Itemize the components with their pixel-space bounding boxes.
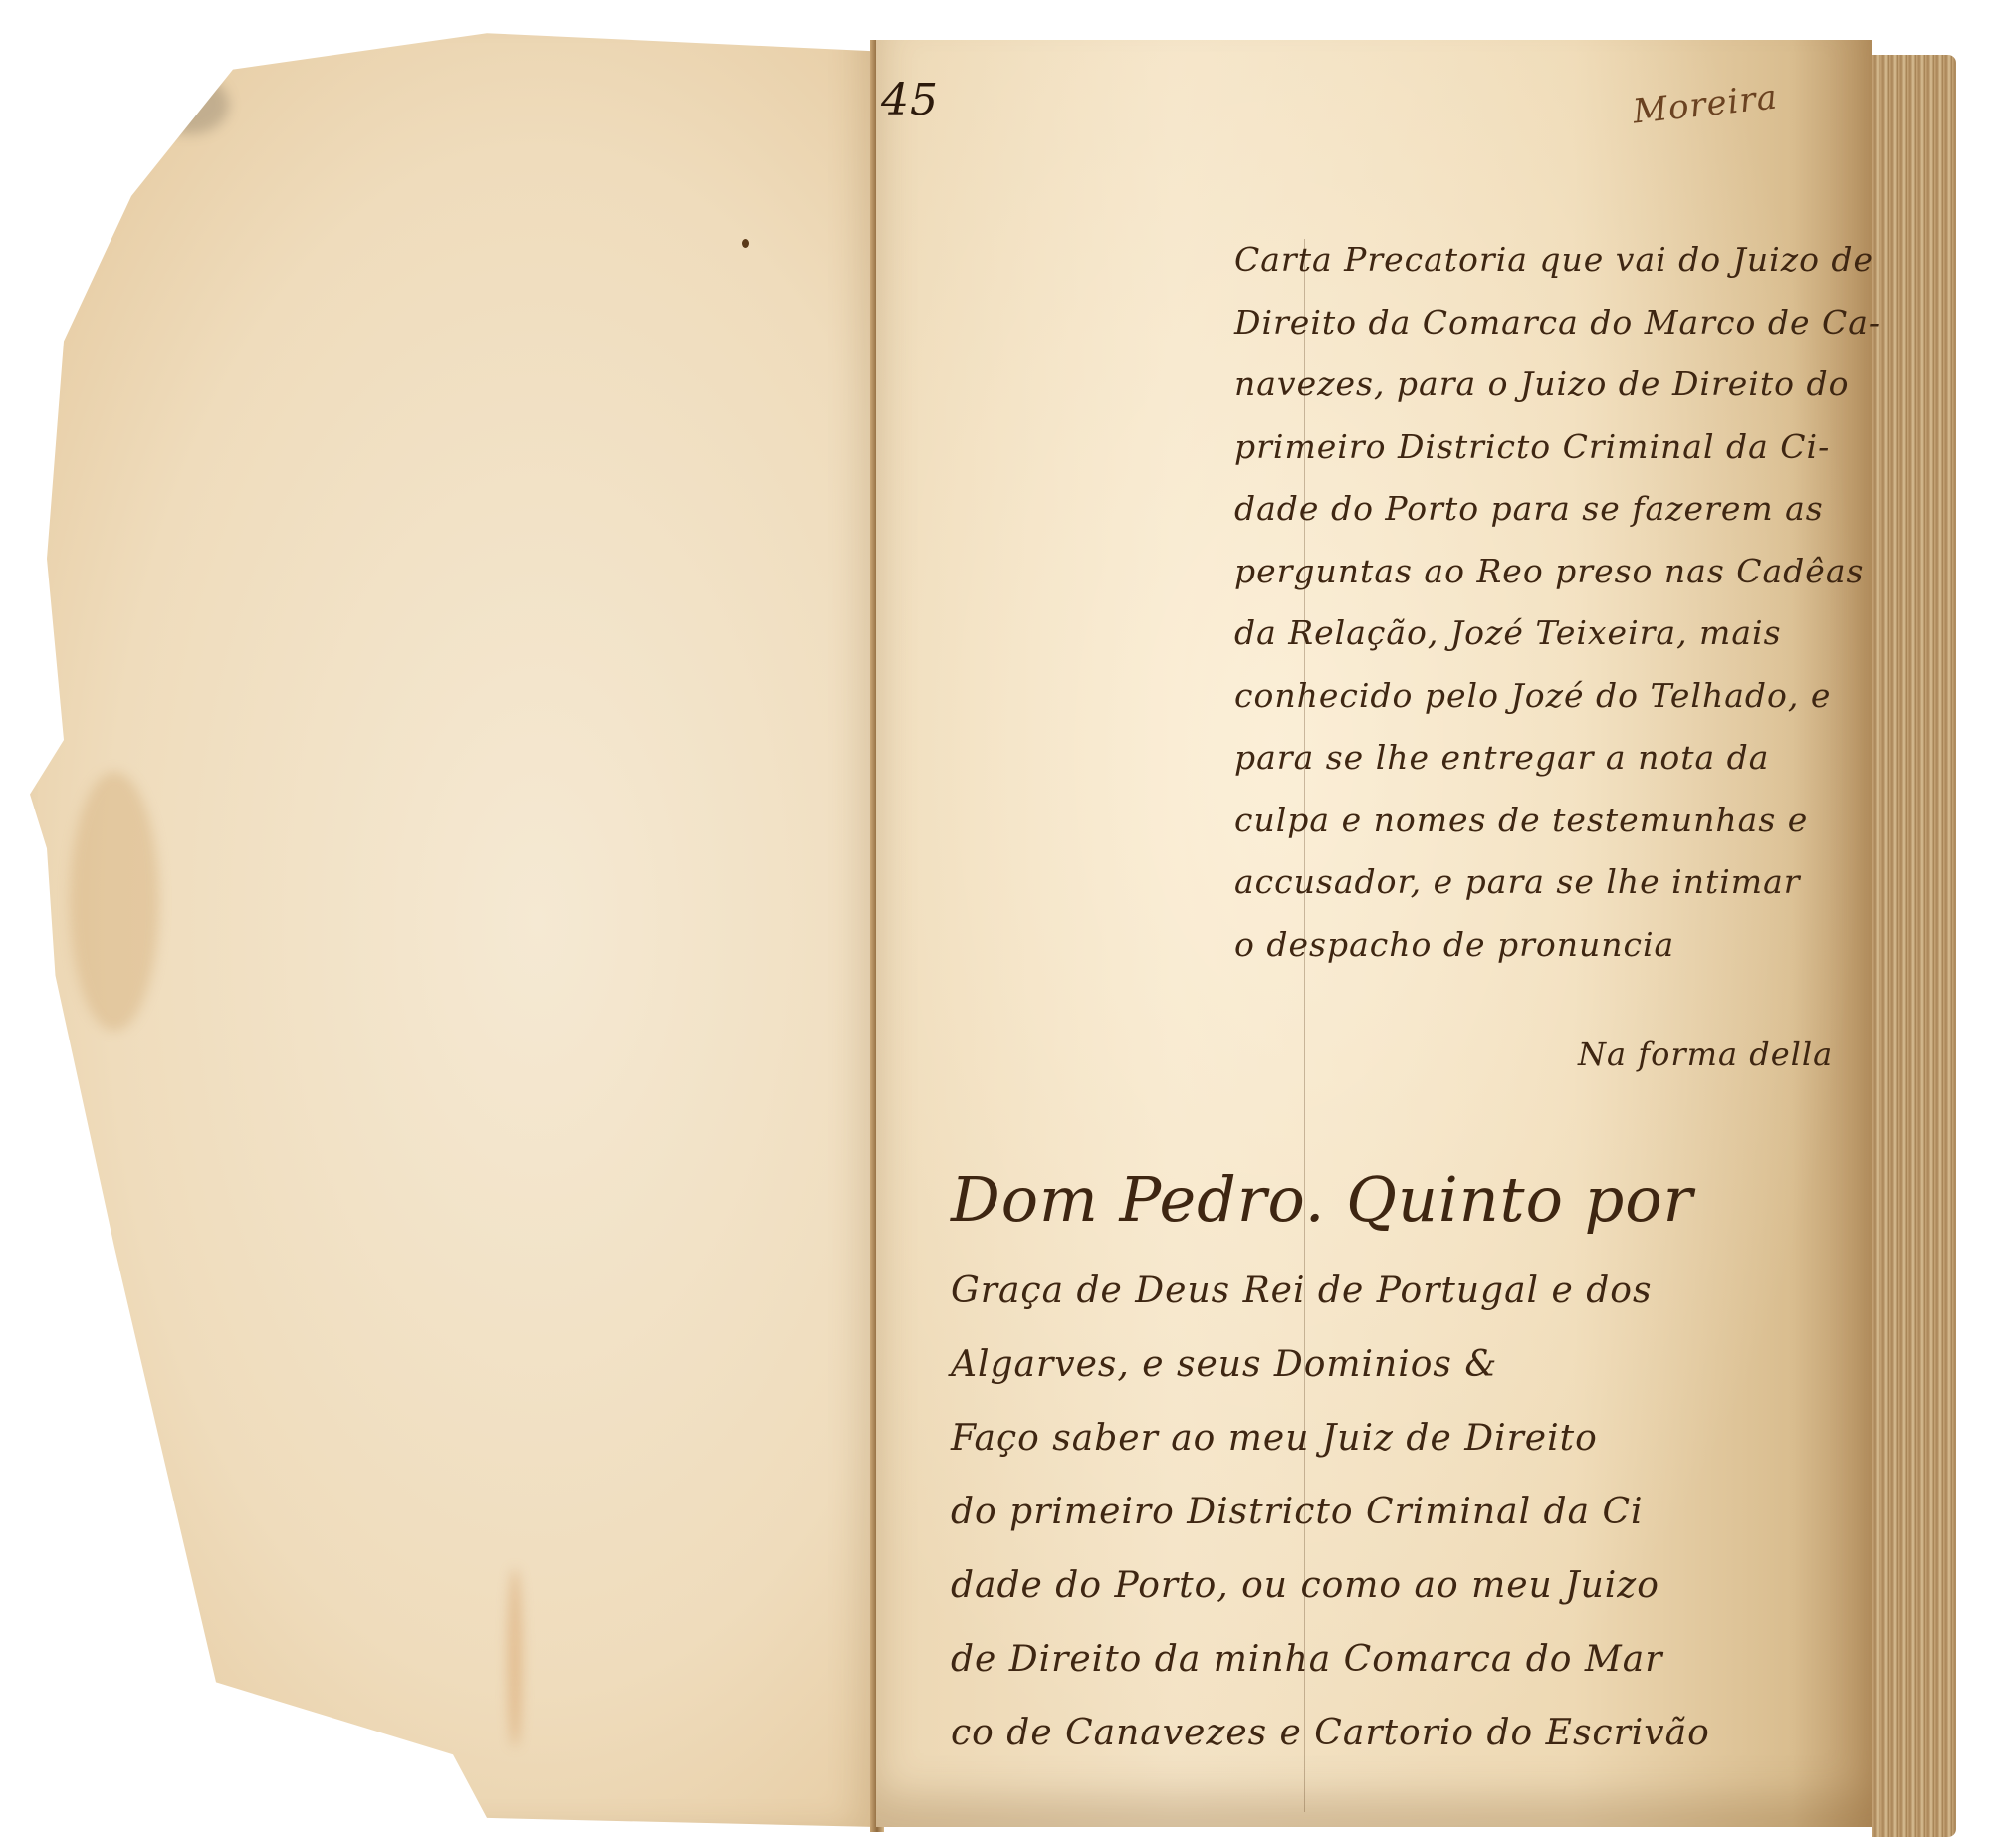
- folio-number: 45: [881, 75, 939, 125]
- mould-stain: [149, 75, 229, 134]
- heading-line: navezes, para o Juizo de Direito do: [1234, 353, 1852, 416]
- document-heading: Carta Precatoria que vai do Juizo de Dir…: [1234, 229, 1852, 976]
- page-block-edges: [1872, 55, 1956, 1837]
- royal-title-line: Dom Pedro. Quinto por: [951, 1145, 1847, 1255]
- body-line: do primeiro Districto Criminal da Ci: [951, 1476, 1847, 1549]
- heading-line: primeiro Districto Criminal da Ci-: [1234, 416, 1852, 479]
- ink-dot: [742, 239, 749, 248]
- heading-line: conhecido pelo Jozé do Telhado, e: [1234, 665, 1852, 728]
- open-manuscript-book: 45 Moreira Carta Precatoria que vai do J…: [0, 0, 1991, 1848]
- closing-note: Na forma della: [1578, 1036, 1833, 1073]
- water-stain: [70, 772, 159, 1031]
- left-blank-page: [30, 15, 876, 1827]
- heading-line: culpa e nomes de testemunhas e: [1234, 790, 1852, 852]
- heading-line: para se lhe entregar a nota da: [1234, 727, 1852, 790]
- body-line: de Direito da minha Comarca do Mar: [951, 1623, 1847, 1697]
- heading-line: da Relação, Jozé Teixeira, mais: [1234, 602, 1852, 665]
- body-line: dade do Porto, ou como ao meu Juizo: [951, 1549, 1847, 1623]
- foxing-mark: [508, 1568, 522, 1747]
- body-line: Algarves, e seus Dominios &: [951, 1328, 1847, 1402]
- heading-line: accusador, e para se lhe intimar: [1234, 851, 1852, 914]
- heading-line: dade do Porto para se fazerem as: [1234, 478, 1852, 541]
- heading-line: o despacho de pronuncia: [1234, 914, 1852, 977]
- body-line: co de Canavezes e Cartorio do Escrivão: [951, 1697, 1847, 1770]
- body-line: Graça de Deus Rei de Portugal e dos: [951, 1255, 1847, 1328]
- body-line: Faço saber ao meu Juiz de Direito: [951, 1402, 1847, 1476]
- heading-line: perguntas ao Reo preso nas Cadêas: [1234, 541, 1852, 603]
- heading-line: Carta Precatoria que vai do Juizo de: [1234, 229, 1852, 292]
- heading-line: Direito da Comarca do Marco de Ca-: [1234, 292, 1852, 354]
- document-body: Dom Pedro. Quinto por Graça de Deus Rei …: [951, 1145, 1847, 1770]
